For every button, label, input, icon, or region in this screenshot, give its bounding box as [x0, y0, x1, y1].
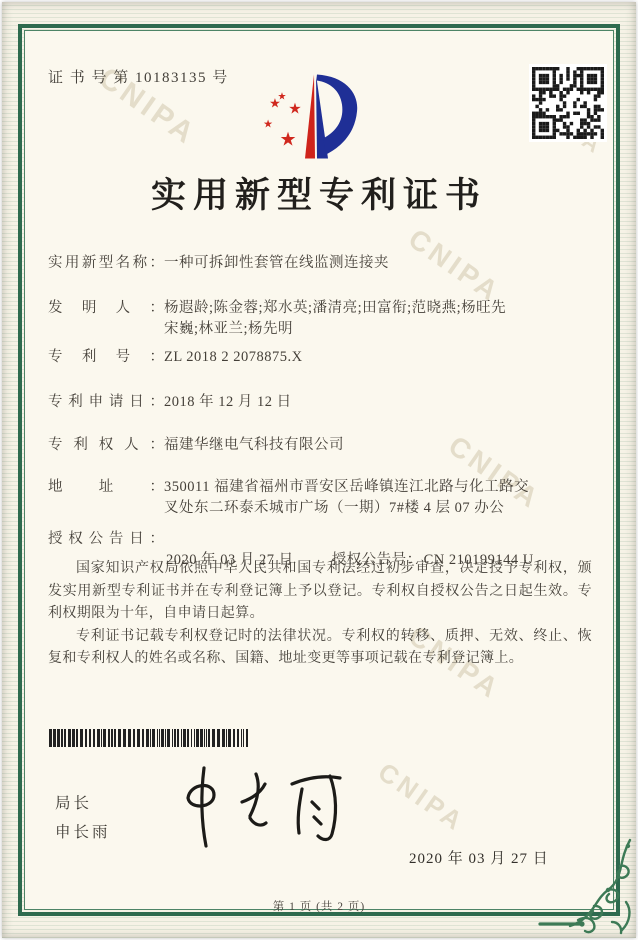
- field-label: 专利申请日：: [48, 392, 164, 413]
- field-value: 2018 年 12 月 12 日: [164, 392, 596, 413]
- field-row-filing-date: 专利申请日： 2018 年 12 月 12 日: [48, 392, 596, 413]
- legal-paragraph-2: 专利证书记载专利权登记时的法律状况。专利权的转移、质押、无效、终止、恢复和专利权…: [48, 626, 592, 671]
- field-row-name: 实用新型名称： 一种可拆卸性套管在线监测连接夹: [48, 253, 596, 274]
- issue-date: 2020 年 03 月 27 日: [409, 847, 549, 868]
- certificate-number: 证 书 号 第 10183135 号: [48, 66, 229, 87]
- handwritten-signature: [164, 760, 374, 852]
- legal-text: 国家知识产权局依照中华人民共和国专利法经过初步审查，决定授予专利权，颁发实用新型…: [48, 558, 592, 671]
- emblem-red-wedge: [305, 75, 315, 159]
- certificate-paper: CNIPA CNIPA CNIPA CNIPA CNIPA CNIPA 证 书 …: [2, 2, 636, 938]
- officer-title: 局长: [55, 789, 111, 818]
- field-value: ZL 2018 2 2078875.X: [164, 347, 596, 368]
- field-row-patent-no: 专利号： ZL 2018 2 2078875.X: [48, 347, 596, 368]
- field-row-patentee: 专利权人： 福建华继电气科技有限公司: [48, 435, 596, 456]
- cnipa-emblem-icon: ★ ★ ★ ★ ★: [245, 60, 410, 168]
- field-row-address: 地址： 350011 福建省福州市晋安区岳峰镇连江北路与化工路交 叉处东二环泰禾…: [48, 477, 596, 519]
- legal-paragraph-1: 国家知识产权局依照中华人民共和国专利法经过初步审查，决定授予专利权，颁发实用新型…: [48, 558, 592, 626]
- field-label: 实用新型名称：: [48, 253, 164, 274]
- corner-flourish-icon: [538, 836, 636, 938]
- field-value: 福建华继电气科技有限公司: [164, 435, 596, 456]
- field-label: 地址：: [48, 477, 164, 498]
- star-icon: ★: [278, 92, 287, 103]
- field-value: 一种可拆卸性套管在线监测连接夹: [164, 253, 596, 274]
- star-icon: ★: [279, 130, 296, 151]
- field-label: 专利号：: [48, 347, 164, 368]
- field-label: 专利权人：: [48, 435, 164, 456]
- field-label: 发明人：: [48, 298, 164, 319]
- cnipa-watermark: CNIPA: [372, 756, 471, 838]
- qr-code: [529, 64, 607, 142]
- field-row-inventors: 发明人： 杨遐龄;陈金蓉;郑水英;潘清亮;田富衔;范晓燕;杨旺先 宋巍;林亚兰;…: [48, 298, 596, 340]
- officer-block: 局长 申长雨: [55, 789, 111, 847]
- star-icon: ★: [263, 119, 273, 131]
- field-label: 授权公告日：: [48, 529, 164, 550]
- certificate-content: CNIPA CNIPA CNIPA CNIPA CNIPA CNIPA 证 书 …: [2, 2, 636, 938]
- barcode: [49, 729, 254, 747]
- certificate-title: 实用新型专利证书: [2, 168, 636, 218]
- certificate-document: CNIPA CNIPA CNIPA CNIPA CNIPA CNIPA 证 书 …: [0, 0, 638, 940]
- star-icon: ★: [288, 102, 301, 118]
- field-value: 杨遐龄;陈金蓉;郑水英;潘清亮;田富衔;范晓燕;杨旺先 宋巍;林亚兰;杨先明: [164, 298, 596, 340]
- officer-name: 申长雨: [55, 818, 111, 847]
- field-value: 350011 福建省福州市晋安区岳峰镇连江北路与化工路交 叉处东二环泰禾城市广场…: [164, 477, 596, 519]
